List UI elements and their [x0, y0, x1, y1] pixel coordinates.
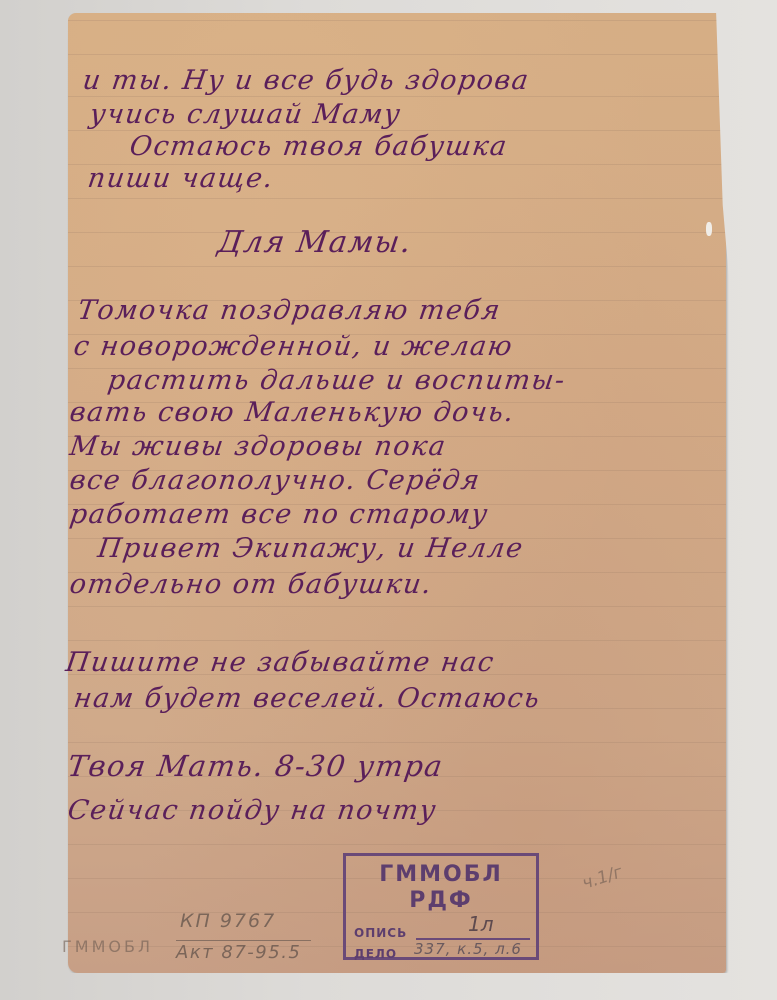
- letter-line: растить дальше и воспиты-: [106, 365, 568, 396]
- letter-line: нам будет веселей. Остаюсь: [72, 683, 543, 714]
- letter-line: учись слушай Маму: [88, 99, 404, 130]
- letter-heading: Для Мамы.: [216, 225, 415, 260]
- letter-line: Сейчас пойду на почту: [66, 795, 439, 826]
- stamp-opis-value: 1л: [468, 912, 494, 936]
- stamp-delo-value: 337, к.5, л.6: [414, 940, 522, 958]
- letter-line: и ты. Ну и все будь здорова: [81, 65, 532, 96]
- stamp-opis-label: ОПИСЬ: [354, 926, 407, 940]
- letter-line: отдельно от бабушки.: [68, 569, 435, 600]
- pencil-museum-abbr: ГММОБЛ: [62, 937, 153, 956]
- letter-text: и ты. Ну и все будь здорова учись слушай…: [68, 13, 726, 973]
- letter-line: с новорожденной, и желаю: [72, 331, 515, 362]
- letter-line: Привет Экипажу, и Нелле: [96, 533, 526, 564]
- paper-hole: [706, 222, 712, 236]
- letter-line: Мы живы здоровы пока: [68, 431, 449, 462]
- stamp-delo-label: ДЕЛО: [354, 947, 397, 961]
- letter-sheet: и ты. Ну и все будь здорова учись слушай…: [68, 13, 726, 973]
- letter-line: все благополучно. Серёдя: [68, 465, 483, 496]
- letter-line: Томочка поздравляю тебя: [76, 295, 503, 326]
- stamp-institution: ГММОБЛ: [346, 862, 536, 887]
- letter-line: Остаюсь твоя бабушка: [128, 131, 510, 162]
- pencil-act-number: Акт 87-95.5: [176, 942, 301, 963]
- pencil-accession-rule: [176, 940, 311, 941]
- letter-line: пиши чаще.: [86, 163, 276, 194]
- pencil-accession-number: КП 9767: [180, 910, 276, 932]
- letter-line: работает все по старому: [68, 499, 491, 530]
- stamp-fund: РДФ: [346, 888, 536, 913]
- archive-stamp: ГММОБЛ РДФ ОПИСЬ 1л ДЕЛО 337, к.5, л.6: [343, 853, 539, 960]
- letter-signature: Твоя Мать. 8-30 утра: [66, 749, 446, 783]
- letter-line: Пишите не забывайте нас: [64, 647, 497, 678]
- letter-line: вать свою Маленькую дочь.: [68, 397, 517, 428]
